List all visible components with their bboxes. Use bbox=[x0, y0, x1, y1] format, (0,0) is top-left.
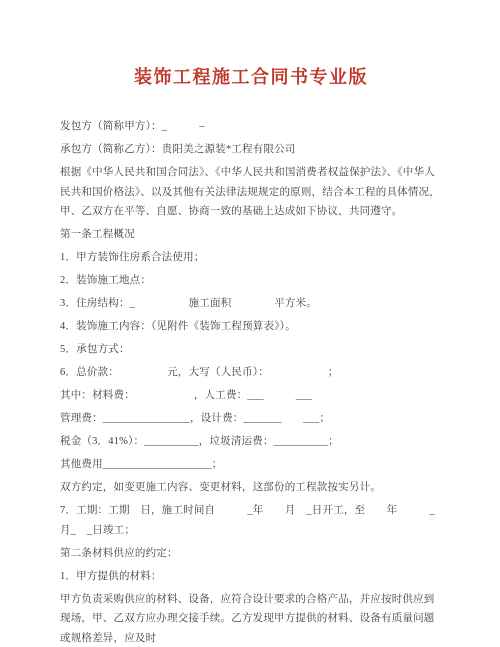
para-legal-basis: 根据《中华人民共和国合同法》、《中华人民共和国消费者权益保护法》、《中华人民共和… bbox=[60, 163, 442, 222]
para-material-supply-detail: 甲方负责采购供应的材料、设备，应符合设计要求的合格产品，并应按时供应到现场，甲、… bbox=[60, 590, 442, 647]
item-house-structure: 3．住房结构：_ 施工面积 平方米。 bbox=[60, 294, 442, 314]
para-party-b: 承包方（简称乙方）：贵阳美之源装*工程有限公司 bbox=[60, 140, 442, 160]
heading-article-1: 第一条工程概况 bbox=[60, 225, 442, 245]
para-party-a: 发包方（简称甲方）：_ – bbox=[60, 117, 442, 137]
page-title: 装饰工程施工合同书专业版 bbox=[60, 64, 442, 90]
item-party-a-materials: 1．甲方提供的材料： bbox=[60, 567, 442, 587]
item-fees-management-design: 管理费：________________，设计费：_______ ___； bbox=[60, 409, 442, 429]
para-change-agreement: 双方约定，如变更施工内容、变更材料，这部份的工程款按实另计。 bbox=[60, 478, 442, 498]
item-construction-period: 7．工期：工期 日，施工时间自 _年 月 _日开工，至 年 _ 月_ _日竣工； bbox=[60, 501, 442, 540]
item-construction-content: 4．装饰施工内容：（见附件《装饰工程预算表》）。 bbox=[60, 317, 442, 337]
item-fees-tax-garbage: 税金（3．41%）：__________，垃圾清运费：__________； bbox=[60, 432, 442, 452]
item-total-price: 6．总价款： 元，大写（人民币）： ； bbox=[60, 363, 442, 383]
item-house-legal-use: 1．甲方装饰住房系合法使用； bbox=[60, 248, 442, 268]
heading-article-2: 第二条材料供应的约定： bbox=[60, 544, 442, 564]
item-fees-material-labor: 其中：材料费： ，人工费：___ ___ bbox=[60, 386, 442, 406]
contract-document: 装饰工程施工合同书专业版 发包方（简称甲方）：_ – 承包方（简称乙方）：贵阳美… bbox=[0, 0, 500, 647]
item-construction-site: 2．装饰施工地点： bbox=[60, 271, 442, 291]
item-contract-mode: 5．承包方式： bbox=[60, 340, 442, 360]
item-fees-other: 其他费用____________________； bbox=[60, 455, 442, 475]
